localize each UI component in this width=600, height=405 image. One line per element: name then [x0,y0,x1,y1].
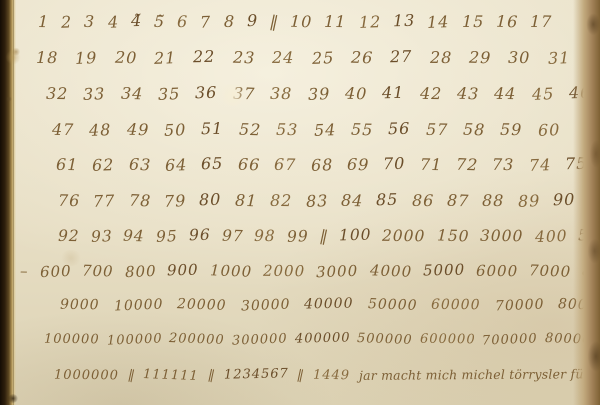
numeral-token: 86 [411,191,434,210]
numeral-token: 59 [500,120,523,139]
numeral-token: 85 [376,190,399,209]
numeral-token: 92 [58,227,80,245]
numeral-token: 40 [345,84,368,104]
rows: 12344̃5̃6789‖101112131415161718192021222… [0,0,600,405]
numeral-token: 600000 [420,332,476,348]
numeral-token: 800 [124,262,156,281]
numeral-token: 19 [75,48,98,68]
numeral-token: 31 [547,48,570,68]
separator-mark: ‖ [318,226,329,245]
manuscript-row-8: –600700800900100020003000400050006000700… [20,262,570,280]
margin-ornament-stain [4,44,24,66]
numeral-token: 500000 [357,331,413,348]
numeral-token: 1000 [210,261,253,280]
numeral-token: 81 [234,191,257,211]
manuscript-row-3: 323334353637383940414243444546 [46,84,570,103]
numeral-token: 2000 [382,227,426,245]
numeral-token: 400000 [294,330,350,346]
numeral-token: 89 [517,191,540,211]
manuscript-row-10: 1000001000002000003000004000005000006000… [44,332,570,347]
numeral-token: 11 [324,12,347,31]
separator-mark: ‖ [268,11,280,31]
numeral-token: 34 [120,84,143,104]
numeral-token: 99 [287,227,309,246]
numeral-token: 64 [165,155,188,175]
numeral-token: 700 [82,261,114,280]
numeral-token: 20 [114,48,137,68]
manuscript-row-9: 9000100002000030000400005000060000700008… [60,297,570,313]
numeral-token: 66 [237,155,260,175]
numeral-token: 1 [38,12,49,31]
numeral-token: 61 [56,155,79,174]
numeral-token: 17 [530,12,553,31]
numeral-token: 56 [388,119,411,138]
page-edge-right [573,0,600,405]
numeral-token: 40000 [304,295,354,312]
numeral-token: 48 [89,120,112,140]
numeral-token: 62 [92,155,115,175]
numeral-token: 3000 [480,227,524,245]
numeral-token: 150 [436,226,469,245]
numeral-token: 71 [419,155,442,174]
numeral-token: 8 [223,12,235,31]
numeral-token: 84 [341,191,364,211]
numeral-token: 55 [351,120,374,140]
colophon-text: jar macht mich michel törrysler für nür [359,366,600,383]
numeral-token: 100 [338,226,371,245]
manuscript-row-2: 1819202122232425262728293031 [36,48,570,67]
numeral-token: 60 [537,120,560,140]
numeral-token: 87 [447,191,470,211]
numeral-token: 52 [238,120,261,140]
numeral-token: 100000 [106,331,162,348]
numeral-token: 14 [427,12,450,32]
numeral-token: 44 [494,84,517,103]
numeral-token: 21 [154,48,177,68]
manuscript-row-5: 616263646566676869707172737475 [56,155,570,174]
numeral-token: 76 [58,191,81,210]
numeral-token: 25 [311,48,334,68]
numeral-token: 73 [492,155,515,174]
numeral-token: 27 [390,47,413,66]
numeral-token: 1234567 [223,366,288,382]
numeral-token: 94 [123,227,145,246]
numeral-token: 93 [90,227,112,246]
separator-mark: ‖ [207,367,216,383]
numeral-token: 32 [46,84,69,103]
bottom-left-speck [8,394,18,403]
numeral-token: 700000 [482,331,538,348]
numeral-token: 1000000 [54,368,119,384]
numeral-token: 42 [419,84,442,103]
numeral-token: 36 [195,83,218,102]
numeral-token: 5000 [423,261,466,280]
numeral-token: 3 [84,12,96,31]
numeral-token: 96 [189,226,211,244]
separator-mark: ‖ [296,367,305,383]
numeral-token: 30000 [240,297,290,315]
numeral-token: 54 [313,120,336,140]
numeral-token: 70000 [495,297,545,315]
margin-speck [6,96,12,102]
numeral-token: 20000 [177,296,227,314]
numeral-token: 38 [270,84,293,103]
numeral-token: 72 [456,155,479,175]
numeral-token: 18 [36,48,59,67]
numeral-token: 6 [177,12,188,31]
numeral-token: 39 [307,84,330,104]
numeral-token: 95 [156,227,178,246]
numeral-token: 200000 [169,331,225,348]
parchment-pale-spot [218,84,248,106]
numeral-token: 33 [83,84,106,104]
numeral-token: 58 [463,120,486,140]
numeral-token: 51 [201,119,224,138]
numeral-token: 111111 [143,367,199,384]
numeral-token: 43 [457,84,480,104]
numeral-token: 79 [164,191,187,211]
numeral-token: 23 [232,48,255,68]
numeral-token: 3000 [316,262,359,282]
margin-dash: – [20,262,29,280]
numeral-token: 6000 [476,262,518,280]
numeral-token: 100000 [44,332,100,348]
numeral-token: 50 [164,120,187,140]
numeral-token: 10 [290,12,313,32]
numeral-token: 49 [126,120,149,140]
numeral-token: 68 [310,155,333,175]
manuscript-row-7: 9293949596979899‖10020001503000400500 [58,227,570,245]
numeral-token: 98 [254,227,276,245]
numeral-token: 13 [393,11,416,30]
numeral-token: 1449 [313,368,350,383]
numeral-token: 77 [93,191,116,211]
numeral-token: 82 [270,191,293,210]
numeral-token: 10000 [113,297,163,315]
manuscript-row-6: 76777879808182838485868788899091 [58,191,570,210]
numeral-token: 2 [61,12,73,31]
numeral-token: 9000 [60,297,100,313]
numeral-token: 5̃ [154,12,166,31]
numeral-token: 57 [425,120,448,139]
numeral-token: 28 [429,48,452,67]
numeral-token: 53 [276,120,299,139]
numeral-token: 16 [496,12,519,32]
numeral-token: 22 [193,47,216,66]
numeral-token: 12 [358,12,381,32]
numeral-token: 60000 [431,297,481,314]
numeral-token: 74 [528,155,551,175]
numeral-token: 29 [469,48,492,68]
numeral-token: 80 [199,190,222,209]
numeral-token: 7 [200,12,212,31]
parchment-stain [60,250,82,266]
numeral-token: 2000 [263,262,305,280]
numeral-token: 69 [347,155,370,175]
numeral-token: 63 [128,155,151,175]
numeral-token: 4̃ [131,11,143,30]
numeral-token: 83 [305,191,328,211]
numeral-token: 7000 [529,261,572,280]
numeral-token: 50000 [368,296,418,314]
numeral-token: 88 [482,191,505,210]
numeral-token: 9 [246,11,258,30]
numeral-token: 70 [383,154,406,173]
numeral-token: 45 [531,84,554,104]
numeral-token: 4000 [369,261,412,280]
numeral-token: 24 [272,48,295,67]
manuscript-row-11: 1000000‖111111‖1234567‖1449jar macht mic… [54,367,570,383]
numeral-token: 97 [221,227,243,246]
numeral-token: 30 [508,48,531,67]
numeral-token: 300000 [232,331,288,348]
numeral-token: 400 [534,227,567,246]
numeral-token: 26 [351,48,374,68]
numeral-token: 67 [274,155,297,174]
manuscript-page: 12344̃5̃6789‖101112131415161718192021222… [0,0,600,405]
numeral-token: 4 [107,12,119,31]
numeral-token: 15 [462,12,485,31]
numeral-token: 47 [52,120,75,139]
numeral-token: 900 [167,261,199,280]
numeral-token: 78 [128,191,151,211]
manuscript-row-4: 4748495051525354555657585960 [52,120,570,139]
numeral-token: 41 [382,83,405,102]
manuscript-row-1: 12344̃5̃6789‖1011121314151617 [38,12,570,31]
separator-mark: ‖ [126,367,135,383]
numeral-token: 65 [201,154,224,173]
numeral-token: 35 [158,84,181,104]
